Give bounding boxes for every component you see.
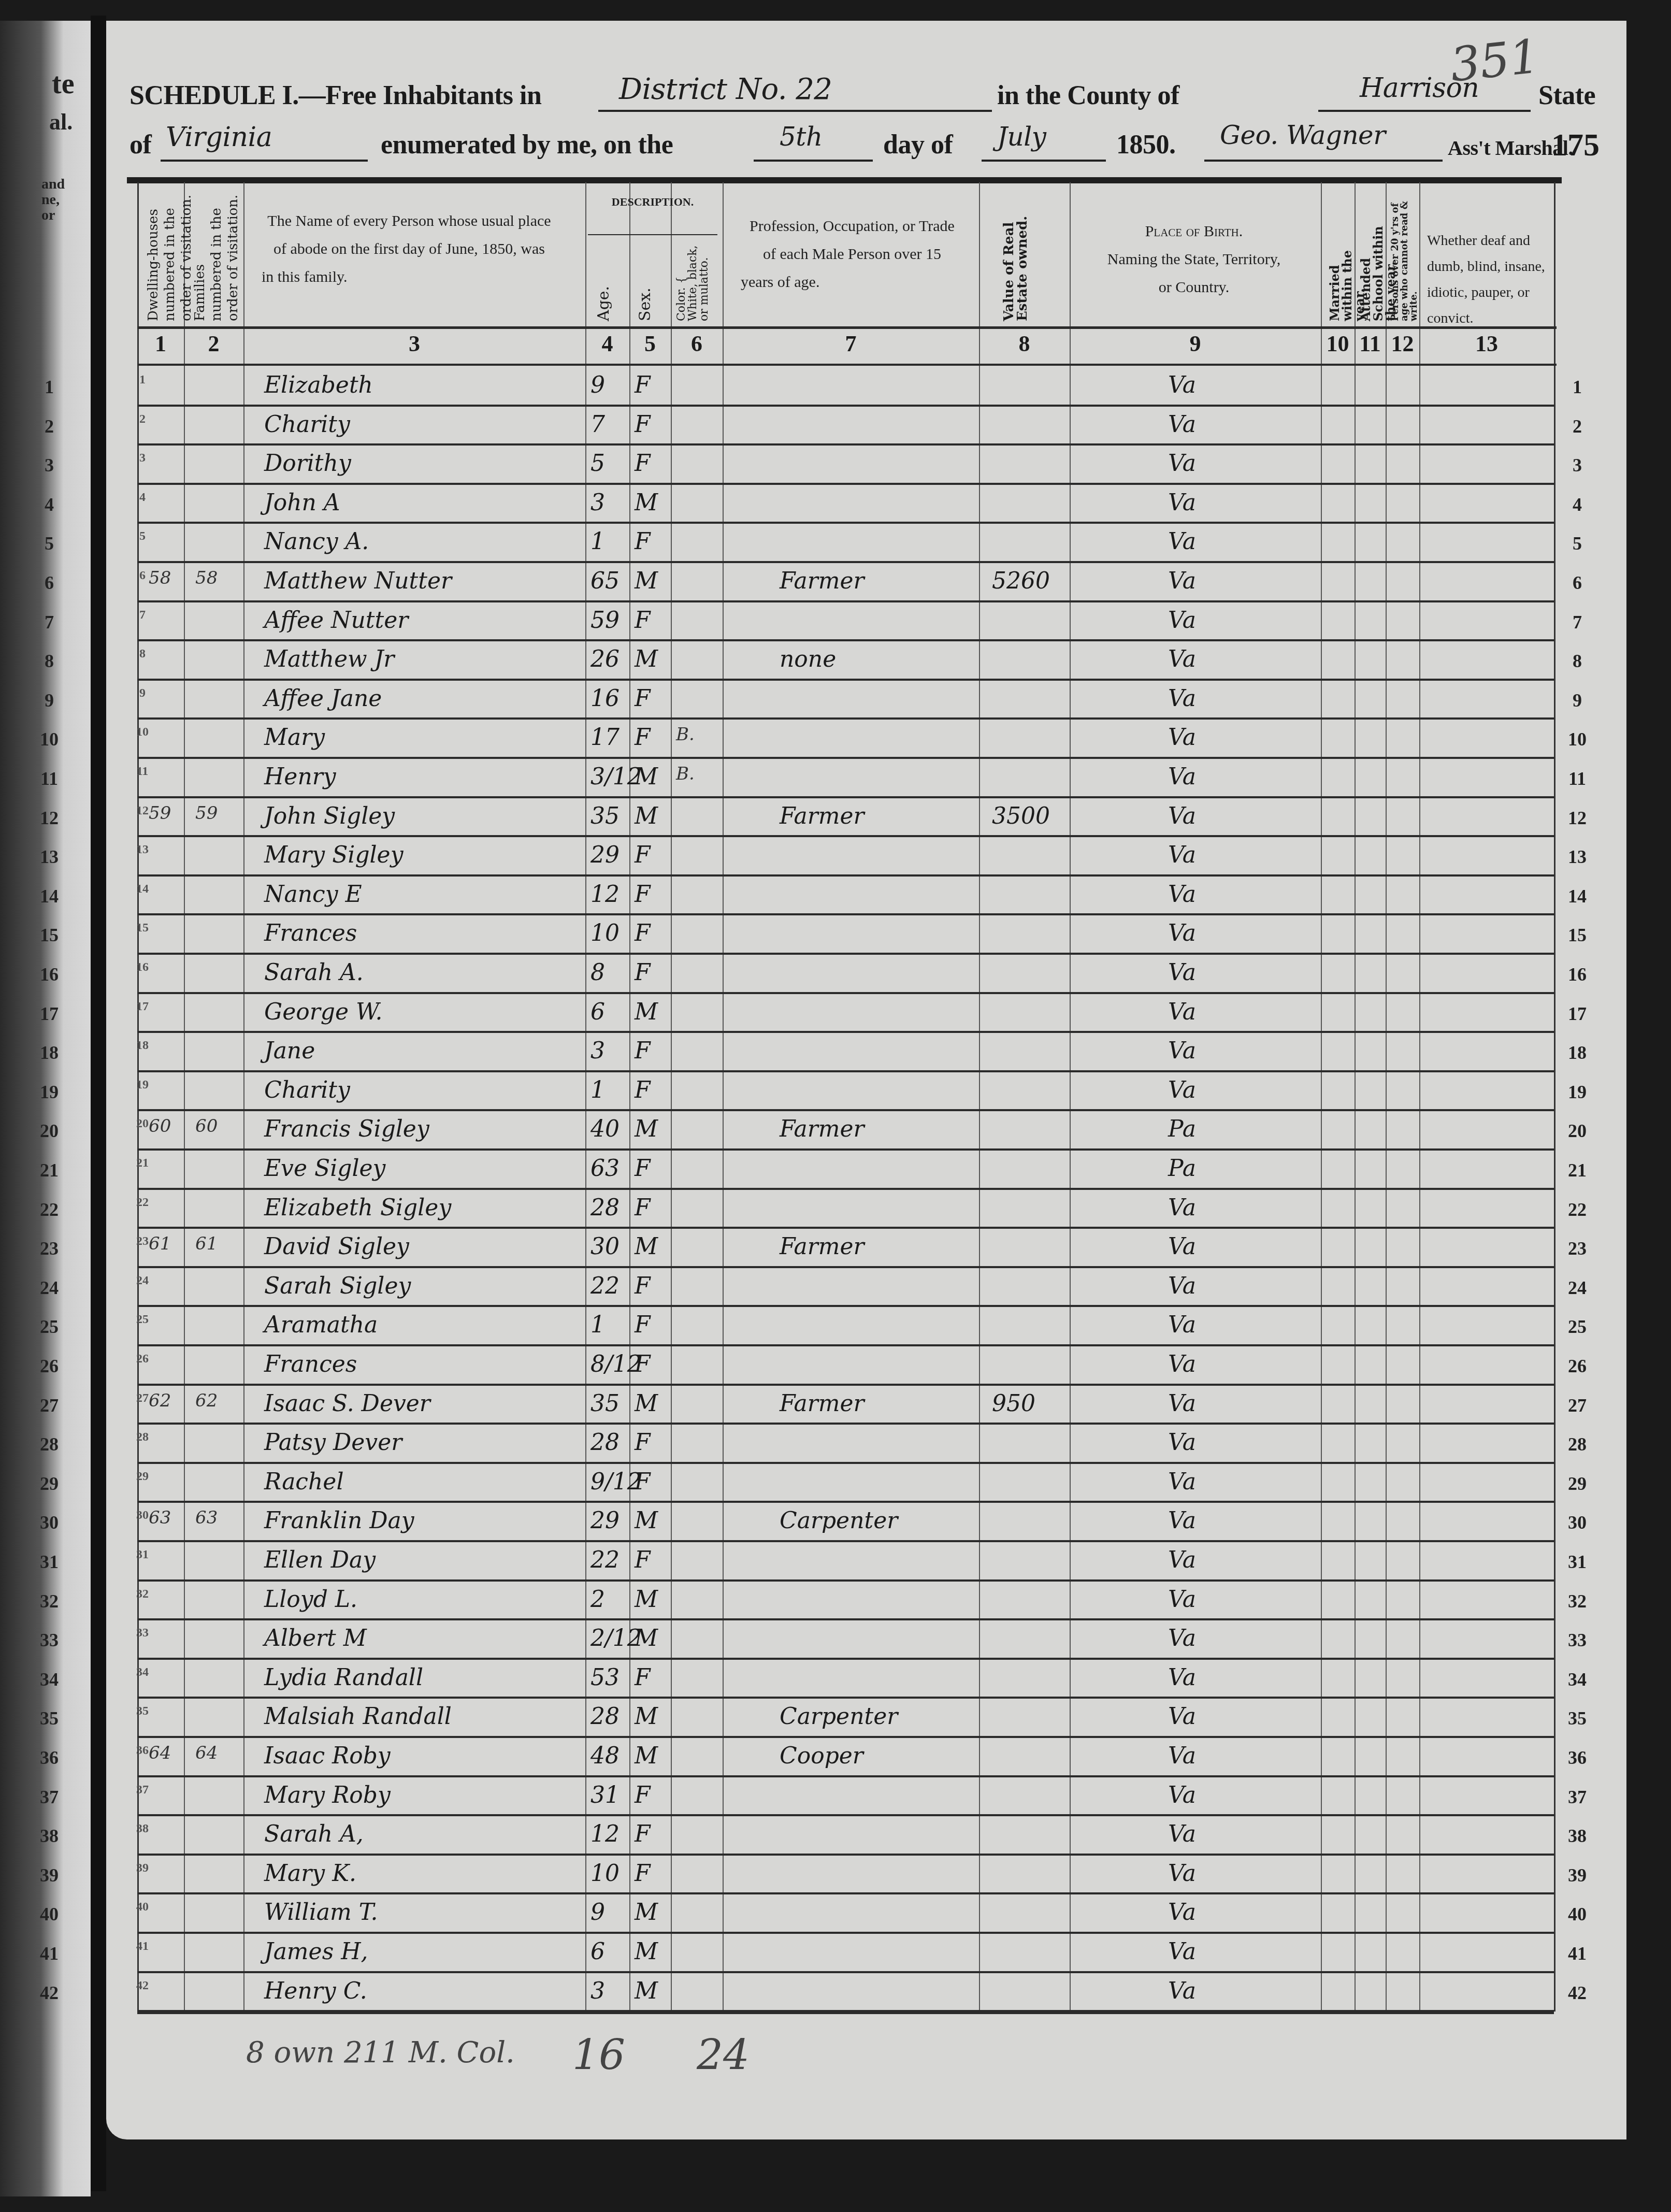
sex: F (635, 959, 651, 986)
prev-page-fragment: al. (49, 109, 73, 135)
line-number-pencil: 18 (135, 1039, 150, 1053)
line-number-right: 25 (1557, 1316, 1598, 1338)
line-number-left: 24 (34, 1277, 65, 1299)
line-number-right: 17 (1557, 1003, 1598, 1025)
line-number-pencil: 42 (135, 1979, 150, 1993)
line-number-right: 3 (1557, 454, 1598, 476)
line-number-pencil: 27 (135, 1391, 150, 1405)
family-number: 60 (195, 1116, 218, 1137)
header-deaf-line: convict. (1427, 306, 1551, 332)
sex: F (635, 1195, 651, 1221)
footer-count-b: 24 (697, 2031, 750, 2079)
occupation: Carpenter (780, 1703, 898, 1730)
birthplace: Va (1168, 881, 1196, 908)
of-label: of (129, 130, 151, 160)
age: 1 (590, 1312, 605, 1338)
county-blank (1318, 110, 1531, 112)
birthplace: Va (1168, 1782, 1196, 1808)
sex: F (635, 1312, 651, 1338)
dwelling-number: 62 (149, 1390, 171, 1411)
line-number-pencil: 39 (135, 1861, 150, 1875)
row-rule (137, 796, 1554, 798)
sex: M (635, 1390, 658, 1417)
row-rule (137, 992, 1554, 994)
row-rule (137, 1618, 1554, 1620)
marshal-name: Geo. Wagner (1220, 120, 1386, 150)
line-number-pencil: 37 (135, 1783, 150, 1797)
birthplace: Va (1168, 1195, 1196, 1221)
line-number-right: 35 (1557, 1707, 1598, 1729)
row-rule (137, 1462, 1554, 1464)
row-rule (137, 1501, 1554, 1503)
birthplace: Va (1168, 1038, 1196, 1064)
age: 3 (590, 1038, 605, 1064)
sex: F (635, 842, 651, 868)
occupation: Farmer (780, 803, 865, 829)
line-number-right: 16 (1557, 964, 1598, 985)
birthplace: Va (1168, 959, 1196, 986)
birthplace: Pa (1168, 1155, 1196, 1182)
person-name: Henry (264, 764, 336, 790)
person-name: Nancy E (264, 881, 362, 908)
line-number-pencil: 10 (135, 725, 150, 739)
person-name: Aramatha (264, 1312, 378, 1338)
district-value: District No. 22 (619, 73, 832, 106)
line-number-left: 13 (34, 846, 65, 868)
birthplace: Va (1168, 528, 1196, 555)
header-birthplace-line: Naming the State, Territory, (1075, 246, 1313, 274)
person-name: Sarah A. (264, 959, 364, 986)
header-real-estate: Value of Real Estate owned. (1002, 197, 1033, 321)
age: 9 (590, 1899, 605, 1926)
line-number-pencil: 4 (135, 491, 150, 505)
person-name: Mary (264, 724, 325, 751)
line-number-pencil: 11 (135, 765, 150, 779)
line-number-left: 37 (34, 1786, 65, 1808)
line-number-left: 41 (34, 1943, 65, 1964)
person-name: Rachel (264, 1469, 343, 1495)
line-number-pencil: 6 (135, 569, 150, 583)
header-cannot-read: Persons over 20 y'rs of age who cannot r… (1391, 197, 1417, 321)
prev-page-fragment: ne, (41, 192, 60, 208)
birthplace: Va (1168, 842, 1196, 868)
sex: F (635, 1077, 651, 1103)
line-number-right: 8 (1557, 650, 1598, 672)
birthplace: Va (1168, 764, 1196, 790)
district-blank (598, 110, 992, 112)
row-rule (137, 1070, 1554, 1072)
age: 35 (590, 1390, 620, 1417)
birthplace: Pa (1168, 1116, 1196, 1142)
age: 40 (590, 1116, 620, 1142)
colnum-rule (137, 364, 1557, 366)
family-number: 64 (195, 1743, 218, 1763)
line-number-right: 10 (1557, 728, 1598, 750)
sex: F (635, 372, 651, 398)
row-rule (137, 405, 1554, 407)
line-number-pencil: 16 (135, 960, 150, 974)
line-number-right: 38 (1557, 1825, 1598, 1847)
marshal-blank (1204, 160, 1443, 162)
sex: M (635, 646, 658, 672)
age: 3 (590, 490, 605, 516)
header-birthplace: Place of Birth. Naming the State, Territ… (1075, 218, 1313, 301)
sex: M (635, 764, 658, 790)
sex: M (635, 999, 658, 1025)
birthplace: Va (1168, 1507, 1196, 1534)
row-rule (137, 483, 1554, 485)
row-rule (137, 757, 1554, 759)
row-rule (137, 679, 1554, 681)
line-number-left: 29 (34, 1473, 65, 1495)
line-number-right: 24 (1557, 1277, 1598, 1299)
column-number: 7 (723, 331, 979, 357)
age: 10 (590, 1860, 620, 1887)
header-name-line: The Name of every Person whose usual pla… (246, 207, 572, 235)
birthplace: Va (1168, 920, 1196, 946)
header-deaf-line: Whether deaf and (1427, 228, 1551, 254)
year-label: 1850. (1116, 130, 1176, 160)
header-color: Color. { White, black, or mulatto. (676, 238, 699, 321)
line-number-pencil: 1 (135, 373, 150, 387)
dwelling-number: 63 (149, 1507, 171, 1528)
birthplace: Va (1168, 1429, 1196, 1456)
birthplace: Va (1168, 1664, 1196, 1691)
row-rule (137, 953, 1554, 955)
row-rule (137, 1227, 1554, 1229)
age: 7 (590, 411, 605, 438)
sex: M (635, 1233, 658, 1260)
row-rule (137, 1305, 1554, 1307)
line-number-left: 32 (34, 1590, 65, 1612)
line-number-pencil: 41 (135, 1940, 150, 1954)
person-name: Elizabeth Sigley (264, 1195, 451, 1221)
row-rule (137, 1031, 1554, 1033)
column-number: 6 (671, 331, 723, 357)
age: 59 (590, 607, 620, 634)
person-name: Matthew Nutter (264, 568, 452, 594)
line-number-left: 34 (34, 1669, 65, 1690)
line-number-pencil: 8 (135, 647, 150, 661)
person-name: Charity (264, 1077, 350, 1103)
birthplace: Va (1168, 724, 1196, 751)
line-number-right: 40 (1557, 1903, 1598, 1925)
person-name: Isaac Roby (264, 1743, 391, 1769)
birthplace: Va (1168, 1703, 1196, 1730)
color: B. (676, 764, 695, 784)
header-deaf: Whether deaf and dumb, blind, insane, id… (1427, 228, 1551, 332)
line-number-left: 25 (34, 1316, 65, 1338)
line-number-left: 9 (34, 690, 65, 711)
row-rule (137, 443, 1554, 446)
age: 9 (590, 372, 605, 398)
page-number: 175 (1551, 127, 1600, 164)
binding-gutter (91, 16, 106, 2191)
age: 6 (590, 1938, 605, 1965)
birthplace: Va (1168, 490, 1196, 516)
sex: M (635, 803, 658, 829)
header-deaf-line: idiotic, pauper, or (1427, 280, 1551, 306)
person-name: Isaac S. Dever (264, 1390, 430, 1417)
row-rule (137, 874, 1554, 877)
prev-page-fragment: te (52, 67, 75, 100)
birthplace: Va (1168, 1547, 1196, 1573)
person-name: Patsy Dever (264, 1429, 402, 1456)
day-value: 5th (780, 122, 823, 152)
line-number-right: 4 (1557, 494, 1598, 515)
enumerated-label: enumerated by me, on the (381, 130, 673, 160)
birthplace: Va (1168, 803, 1196, 829)
header-name: The Name of every Person whose usual pla… (246, 207, 572, 291)
person-name: Mary Sigley (264, 842, 404, 868)
row-rule (137, 1148, 1554, 1151)
line-number-right: 1 (1557, 376, 1598, 398)
family-number: 59 (195, 803, 218, 824)
line-number-left: 20 (34, 1120, 65, 1142)
person-name: James H, (264, 1938, 368, 1965)
sex: M (635, 490, 658, 516)
header-birthplace-line: or Country. (1075, 274, 1313, 301)
line-number-pencil: 34 (135, 1665, 150, 1679)
birthplace: Va (1168, 1860, 1196, 1887)
age: 31 (590, 1782, 620, 1808)
column-number: 3 (243, 331, 585, 357)
birthplace: Va (1168, 1821, 1196, 1847)
line-number-left: 14 (34, 885, 65, 907)
line-number-pencil: 12 (135, 804, 150, 818)
sex: M (635, 1625, 658, 1651)
line-number-right: 37 (1557, 1786, 1598, 1808)
line-number-right: 29 (1557, 1473, 1598, 1495)
month-blank (982, 160, 1106, 162)
line-number-left: 22 (34, 1199, 65, 1220)
person-name: Francis Sigley (264, 1116, 429, 1142)
person-name: Lloyd L. (264, 1586, 357, 1613)
census-page: SCHEDULE I.—Free Inhabitants in District… (106, 21, 1626, 2139)
person-name: Eve Sigley (264, 1155, 385, 1182)
line-number-pencil: 21 (135, 1156, 150, 1170)
age: 16 (590, 685, 620, 712)
header-name-line: in this family. (246, 263, 572, 291)
dwelling-number: 64 (149, 1743, 171, 1763)
column-number: 1 (137, 331, 184, 357)
line-number-pencil: 14 (135, 882, 150, 896)
line-number-left: 31 (34, 1551, 65, 1573)
age: 1 (590, 528, 605, 555)
person-name: John A (264, 490, 340, 516)
row-rule (137, 1932, 1554, 1934)
line-number-right: 20 (1557, 1120, 1598, 1142)
county-label: in the County of (997, 80, 1179, 111)
birthplace: Va (1168, 1743, 1196, 1769)
occupation: none (780, 646, 836, 672)
line-number-right: 19 (1557, 1081, 1598, 1103)
birthplace: Va (1168, 1273, 1196, 1299)
birthplace: Va (1168, 646, 1196, 672)
row-rule (137, 1540, 1554, 1542)
line-number-right: 34 (1557, 1669, 1598, 1690)
line-number-right: 28 (1557, 1433, 1598, 1455)
line-number-right: 39 (1557, 1864, 1598, 1886)
birthplace: Va (1168, 450, 1196, 477)
line-number-left: 10 (34, 728, 65, 750)
line-number-pencil: 32 (135, 1587, 150, 1601)
day-blank (754, 160, 873, 162)
line-number-left: 30 (34, 1512, 65, 1533)
age: 2 (590, 1586, 605, 1613)
line-number-left: 6 (34, 572, 65, 594)
age: 65 (590, 568, 620, 594)
age: 12 (590, 881, 620, 908)
line-number-right: 15 (1557, 924, 1598, 946)
line-number-left: 23 (34, 1238, 65, 1259)
line-number-left: 17 (34, 1003, 65, 1025)
sex: F (635, 1821, 651, 1847)
line-number-right: 32 (1557, 1590, 1598, 1612)
sex: F (635, 1429, 651, 1456)
birthplace: Va (1168, 1077, 1196, 1103)
line-number-pencil: 30 (135, 1509, 150, 1522)
age: 17 (590, 724, 620, 751)
person-name: Mary K. (264, 1860, 356, 1887)
line-number-left: 11 (34, 768, 65, 789)
age: 8/12 (590, 1351, 642, 1377)
sex: M (635, 568, 658, 594)
occupation: Farmer (780, 1116, 865, 1142)
age: 8 (590, 959, 605, 986)
line-number-pencil: 35 (135, 1704, 150, 1718)
sex: F (635, 881, 651, 908)
sex: F (635, 685, 651, 712)
birthplace: Va (1168, 1233, 1196, 1260)
age: 22 (590, 1547, 620, 1573)
sex: F (635, 528, 651, 555)
line-number-left: 18 (34, 1042, 65, 1064)
row-rule (137, 1188, 1554, 1190)
column-number: 12 (1386, 331, 1419, 357)
line-number-left: 27 (34, 1395, 65, 1416)
person-name: Mary Roby (264, 1782, 391, 1808)
row-rule (137, 1971, 1554, 1973)
line-number-right: 27 (1557, 1395, 1598, 1416)
line-number-right: 30 (1557, 1512, 1598, 1533)
sex: F (635, 607, 651, 634)
dwelling-number: 59 (149, 803, 171, 824)
line-number-right: 11 (1557, 768, 1598, 789)
sex: M (635, 1116, 658, 1142)
line-number-left: 5 (34, 533, 65, 554)
line-number-left: 28 (34, 1433, 65, 1455)
age: 1 (590, 1077, 605, 1103)
line-number-pencil: 19 (135, 1078, 150, 1092)
row-rule (137, 600, 1554, 602)
dwelling-number: 58 (149, 568, 171, 588)
sex: F (635, 724, 651, 751)
line-number-pencil: 40 (135, 1900, 150, 1914)
header-occupation-line: of each Male Person over 15 (728, 240, 976, 268)
age: 12 (590, 1821, 620, 1847)
state-blank (161, 160, 368, 162)
person-name: George W. (264, 999, 382, 1025)
header-age: Age. (596, 285, 612, 321)
person-name: Henry C. (264, 1978, 367, 2004)
header-married: Married within the year. (1329, 218, 1355, 321)
line-number-right: 6 (1557, 572, 1598, 594)
row-rule (137, 1736, 1554, 1738)
header-dwelling: Dwelling-houses numbered in the order of… (145, 192, 195, 321)
sex: F (635, 1860, 651, 1887)
footer-count-a: 16 (572, 2031, 625, 2079)
line-number-right: 22 (1557, 1199, 1598, 1220)
line-number-pencil: 2 (135, 412, 150, 426)
dwelling-number: 61 (149, 1233, 171, 1254)
birthplace: Va (1168, 1469, 1196, 1495)
row-rule (137, 639, 1554, 641)
line-number-right: 41 (1557, 1943, 1598, 1964)
age: 9/12 (590, 1469, 642, 1495)
person-name: David Sigley (264, 1233, 409, 1260)
line-number-right: 31 (1557, 1551, 1598, 1573)
line-number-left: 7 (34, 611, 65, 633)
birthplace: Va (1168, 1625, 1196, 1651)
row-rule (137, 1579, 1554, 1582)
line-number-left: 12 (34, 807, 65, 829)
person-name: Matthew Jr (264, 646, 394, 672)
line-number-pencil: 31 (135, 1548, 150, 1562)
line-number-pencil: 17 (135, 1000, 150, 1014)
color: B. (676, 724, 695, 745)
age: 28 (590, 1703, 620, 1730)
state-value: Virginia (166, 122, 272, 153)
dwelling-number: 60 (149, 1116, 171, 1137)
age: 2/12 (590, 1625, 642, 1651)
person-name: Sarah A, (264, 1821, 364, 1847)
age: 53 (590, 1664, 620, 1691)
age: 26 (590, 646, 620, 672)
person-name: Nancy A. (264, 528, 369, 555)
sex: F (635, 1038, 651, 1064)
age: 10 (590, 920, 620, 946)
month-value: July (997, 122, 1046, 152)
header-birthplace-line: Place of Birth. (1075, 218, 1313, 246)
line-number-pencil: 9 (135, 686, 150, 700)
line-number-left: 40 (34, 1903, 65, 1925)
age: 5 (590, 450, 605, 477)
age: 48 (590, 1743, 620, 1769)
line-number-right: 5 (1557, 533, 1598, 554)
line-number-pencil: 20 (135, 1117, 150, 1131)
person-name: Malsiah Randall (264, 1703, 452, 1730)
line-number-pencil: 38 (135, 1822, 150, 1836)
row-rule (137, 1658, 1554, 1660)
age: 6 (590, 999, 605, 1025)
header-occupation-line: Profession, Occupation, or Trade (728, 212, 976, 240)
line-number-pencil: 23 (135, 1234, 150, 1248)
header-rule (137, 326, 1557, 329)
person-name: John Sigley (264, 803, 395, 829)
header-families: Families numbered in the order of visita… (192, 192, 241, 321)
person-name: Lydia Randall (264, 1664, 423, 1691)
line-number-left: 33 (34, 1629, 65, 1651)
birthplace: Va (1168, 1899, 1196, 1926)
line-number-pencil: 28 (135, 1430, 150, 1444)
line-number-pencil: 22 (135, 1196, 150, 1210)
sex: M (635, 1743, 658, 1769)
sex: F (635, 450, 651, 477)
birthplace: Va (1168, 607, 1196, 634)
person-name: Franklin Day (264, 1507, 414, 1534)
schedule-title: SCHEDULE I.—Free Inhabitants in (129, 80, 541, 111)
